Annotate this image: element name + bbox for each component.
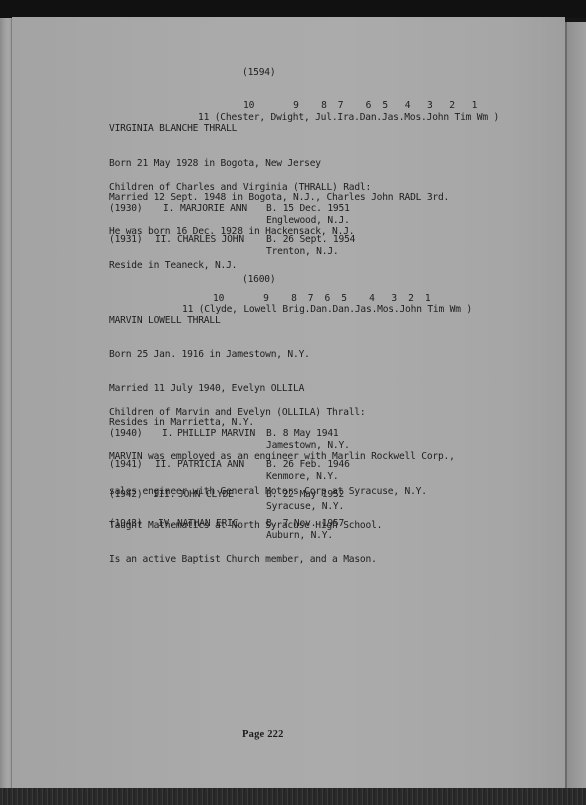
- child-ordinal: II.: [155, 459, 172, 470]
- scan-top-shadow: [0, 0, 586, 18]
- child-id: (1940): [109, 428, 142, 439]
- child-name: JOHN CLYDE: [178, 489, 234, 500]
- detail-line: Married 11 July 1940, Evelyn OLLILA: [109, 383, 455, 394]
- page-number: Page 222: [242, 729, 284, 740]
- detail-line: Born 21 May 1928 in Bogota, New Jersey: [109, 158, 449, 169]
- person-details: Born 25 Jan. 1916 in Jamestown, N.Y. Mar…: [109, 326, 455, 588]
- child-id: (1941): [109, 459, 142, 470]
- detail-line: Is an active Baptist Church member, and …: [109, 554, 455, 565]
- child-birth: B. 7 Nov. 1957: [266, 518, 344, 529]
- entry-number: (1594): [242, 67, 275, 78]
- facing-page-edge: [567, 22, 586, 790]
- child-ordinal: IV.: [158, 518, 175, 529]
- child-id: (1943): [109, 518, 142, 529]
- child-ordinal: I.: [162, 428, 173, 439]
- child-place: Auburn, N.Y.: [266, 530, 333, 541]
- child-name: CHARLES JOHN: [177, 234, 244, 245]
- person-name: MARVIN LOWELL THRALL: [109, 315, 221, 326]
- scanned-page: (1594) 10 9 8 7 6 5 4 3 2 1 11 (Chester,…: [0, 0, 586, 805]
- detail-line: Reside in Teaneck, N.J.: [109, 260, 449, 271]
- child-ordinal: III.: [153, 489, 175, 500]
- child-place: Jamestown, N.Y.: [266, 440, 350, 451]
- child-place: Englewood, N.J.: [266, 215, 350, 226]
- child-name: PATRICIA ANN: [177, 459, 244, 470]
- scan-bottom-edge: [0, 788, 586, 805]
- child-birth: B. 26 Sept. 1954: [266, 234, 355, 245]
- lineage: 11 (Clyde, Lowell Brig.Dan.Dan.Jas.Mos.J…: [182, 304, 472, 315]
- child-place: Kenmore, N.Y.: [266, 471, 339, 482]
- children-heading: Children of Charles and Virginia (THRALL…: [109, 182, 371, 193]
- person-name: VIRGINIA BLANCHE THRALL: [109, 123, 237, 134]
- generation-numbers: 10 9 8 7 6 5 4 3 2 1: [213, 293, 430, 304]
- child-birth: B. 22 May 1952: [266, 489, 344, 500]
- child-ordinal: II.: [155, 234, 172, 245]
- child-name: MARJORIE ANN: [180, 203, 247, 214]
- child-id: (1942): [109, 489, 142, 500]
- detail-line: Married 12 Sept. 1948 in Bogota, N.J., C…: [109, 192, 449, 203]
- detail-line: Resides in Marrietta, N.Y.: [109, 417, 455, 428]
- entry-number: (1600): [242, 274, 275, 285]
- generation-numbers: 10 9 8 7 6 5 4 3 2 1: [243, 100, 477, 111]
- detail-line: Born 25 Jan. 1916 in Jamestown, N.Y.: [109, 349, 455, 360]
- lineage: 11 (Chester, Dwight, Jul.Ira.Dan.Jas.Mos…: [198, 112, 499, 123]
- children-heading: Children of Marvin and Evelyn (OLLILA) T…: [109, 407, 366, 418]
- child-birth: B. 26 Feb. 1946: [266, 459, 350, 470]
- child-name: NATHAN ERIC: [177, 518, 238, 529]
- child-birth: B. 15 Dec. 1951: [266, 203, 350, 214]
- child-id: (1930): [109, 203, 142, 214]
- child-place: Syracuse, N.Y.: [266, 501, 344, 512]
- child-place: Trenton, N.J.: [266, 246, 339, 257]
- child-id: (1931): [109, 234, 142, 245]
- page-stack-edge: [0, 18, 12, 790]
- child-ordinal: I.: [163, 203, 174, 214]
- child-name: PHILLIP MARVIN: [177, 428, 255, 439]
- child-birth: B. 8 May 1941: [266, 428, 339, 439]
